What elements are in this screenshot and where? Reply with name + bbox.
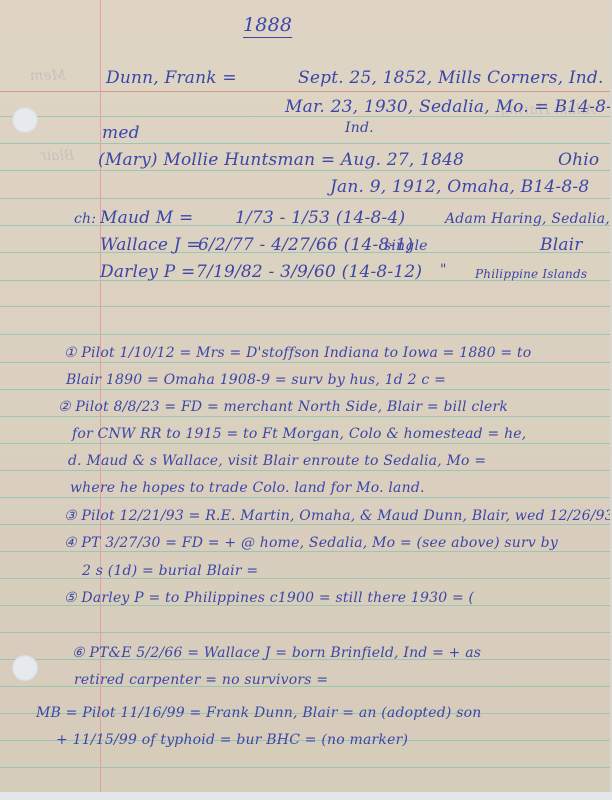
ruled-line <box>0 143 610 144</box>
note-line: d. Maud & s Wallace, visit Blair enroute… <box>68 453 486 469</box>
child-dates: 6/2/77 - 4/27/66 (14-8-1) <box>198 235 413 255</box>
husband-birth: Sept. 25, 1852, Mills Corners, Ind. <box>298 68 604 88</box>
bleed-through-text: Mem <box>30 68 66 84</box>
note-line: retired carpenter = no survivors = <box>74 672 328 688</box>
child-note: single <box>384 238 428 254</box>
child-place: Blair <box>540 235 583 255</box>
year-heading: 1888 <box>243 14 292 36</box>
ruled-line <box>0 497 610 498</box>
note-line: ① Pilot 1/10/12 = Mrs = D'stoffson India… <box>64 345 531 361</box>
note-line: ② Pilot 8/8/23 = FD = merchant North Sid… <box>58 399 508 415</box>
husband-name: Dunn, Frank = <box>106 68 237 88</box>
married-place: Ind. <box>345 120 374 136</box>
husband-death: Mar. 23, 1930, Sedalia, Mo. = B14-8-10 <box>285 97 610 117</box>
children-label: ch: <box>74 211 96 227</box>
note-line: ⑤ Darley P = to Philippines c1900 = stil… <box>64 590 474 606</box>
child-name: Darley P = <box>100 262 195 282</box>
ruled-line <box>0 767 610 768</box>
scan-border <box>0 792 612 800</box>
punch-hole <box>12 655 38 681</box>
wife-death: Jan. 9, 1912, Omaha, B14-8-8 <box>330 177 589 197</box>
note-line: MB = Pilot 11/16/99 = Frank Dunn, Blair … <box>36 705 481 721</box>
red-header-rule <box>0 91 610 92</box>
bleed-through-text: Blair <box>40 148 74 164</box>
ruled-line <box>0 551 610 552</box>
child-dates: 7/19/82 - 3/9/60 (14-8-12) <box>196 262 422 282</box>
ruled-line <box>0 306 610 307</box>
ruled-line <box>0 443 610 444</box>
child-place: Philippine Islands <box>475 267 587 281</box>
ruled-line <box>0 524 610 525</box>
ruled-line <box>0 362 610 363</box>
note-line: ④ PT 3/27/30 = FD = + @ home, Sedalia, M… <box>64 535 558 551</box>
child-name: Wallace J = <box>100 235 201 255</box>
ruled-line <box>0 170 610 171</box>
ruled-line <box>0 632 610 633</box>
wife-name: (Mary) Mollie Huntsman = Aug. 27, 1848 <box>98 150 464 170</box>
ruled-line <box>0 470 610 471</box>
ruled-line <box>0 198 610 199</box>
punch-hole <box>12 107 38 133</box>
note-line: + 11/15/99 of typhoid = bur BHC = (no ma… <box>56 732 408 748</box>
child-dates: 1/73 - 1/53 (14-8-4) <box>235 208 405 228</box>
ruled-line <box>0 416 610 417</box>
child-note: " <box>440 262 447 278</box>
note-line: 2 s (1d) = burial Blair = <box>82 563 258 579</box>
child-name: Maud M = <box>100 208 193 228</box>
note-line: ③ Pilot 12/21/93 = R.E. Martin, Omaha, &… <box>64 508 610 524</box>
note-line: Blair 1890 = Omaha 1908-9 = surv by hus,… <box>66 372 446 388</box>
note-line: where he hopes to trade Colo. land for M… <box>70 480 425 496</box>
ruled-line <box>0 389 610 390</box>
wife-birthplace: Ohio <box>558 150 599 170</box>
child-note: Adam Haring, Sedalia, Mo <box>445 211 610 227</box>
ruled-line <box>0 334 610 335</box>
notebook-page: Mem Adam Haring Blair 1888 Dunn, Frank =… <box>0 0 610 792</box>
note-line: ⑥ PT&E 5/2/66 = Wallace J = born Brinfie… <box>72 645 481 661</box>
note-line: for CNW RR to 1915 = to Ft Morgan, Colo … <box>72 426 526 442</box>
married-label: med <box>102 123 140 143</box>
